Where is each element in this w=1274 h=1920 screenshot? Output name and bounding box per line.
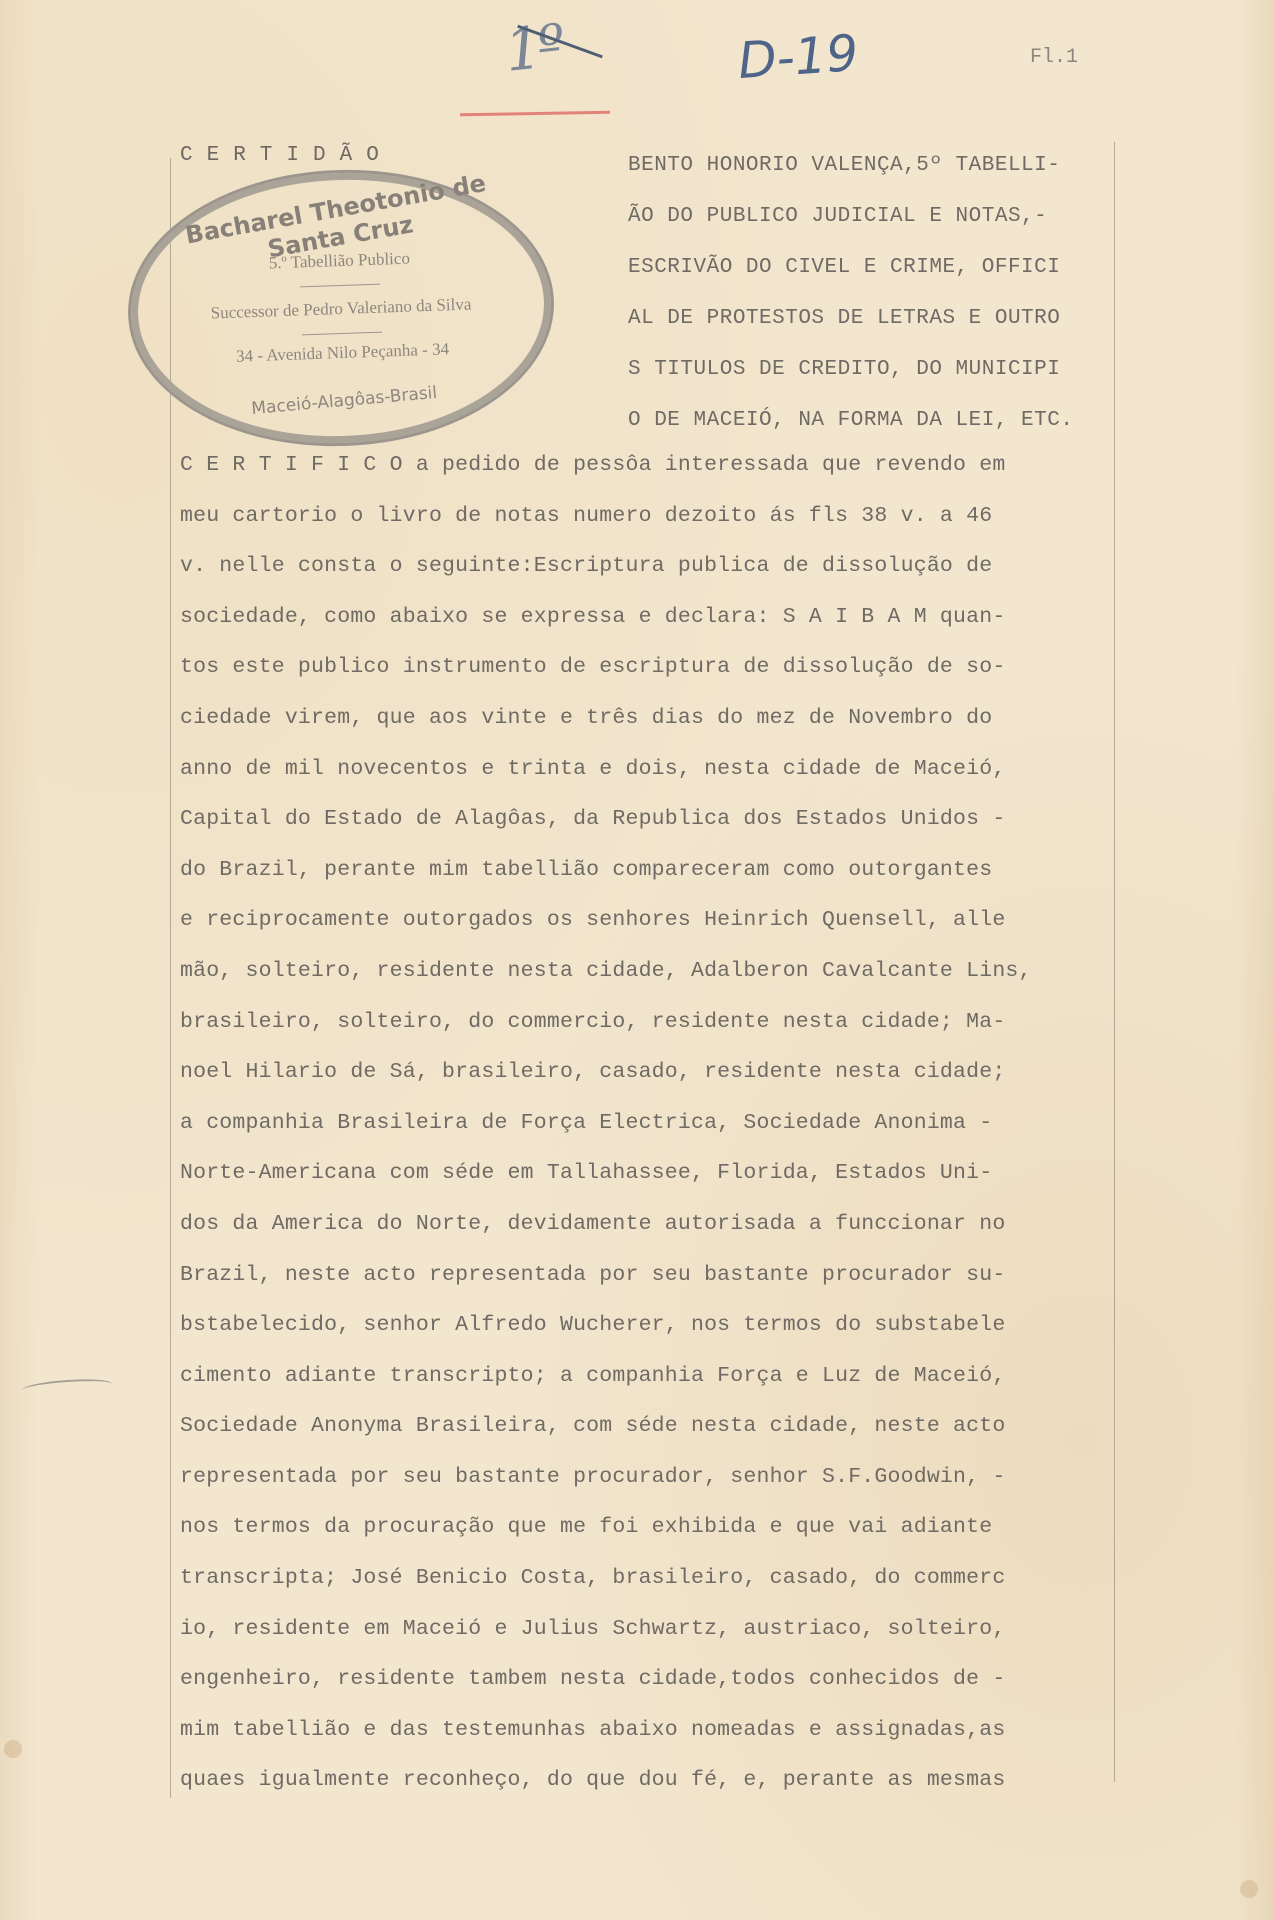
paper-stain	[1240, 1880, 1258, 1898]
stamp-successor: Successor de Pedro Valeriano da Silva	[131, 292, 551, 327]
body-line: engenheiro, residente tambem nesta cidad…	[180, 1654, 1115, 1705]
body-line: v. nelle consta o seguinte:Escriptura pu…	[180, 541, 1115, 592]
stamp-address: 34 - Avenida Nilo Peçanha - 34	[132, 336, 552, 371]
archive-code: D-19	[736, 24, 860, 90]
red-pencil-underline	[460, 111, 610, 117]
notary-heading-block: BENTO HONORIO VALENÇA,5º TABELLI- ÃO DO …	[628, 140, 1114, 446]
body-line: Brazil, neste acto representada por seu …	[180, 1250, 1115, 1301]
body-line: dos da America do Norte, devidamente aut…	[180, 1199, 1115, 1250]
pencil-page-number: 1º	[502, 11, 565, 85]
body-line: Norte-Americana com séde em Tallahassee,…	[180, 1148, 1115, 1199]
body-line: a companhia Brasileira de Força Electric…	[180, 1098, 1115, 1149]
body-line: nos termos da procuração que me foi exhi…	[180, 1502, 1115, 1553]
notary-line: AL DE PROTESTOS DE LETRAS E OUTRO	[628, 293, 1114, 344]
body-line: anno de mil novecentos e trinta e dois, …	[180, 744, 1115, 795]
stamp-city: Maceió-Alagôas-Brasil	[134, 373, 554, 430]
body-line: meu cartorio o livro de notas numero dez…	[180, 491, 1115, 542]
document-page: 1º D-19 Fl.1 CERTIDÃO Bacharel Theotonio…	[0, 0, 1274, 1920]
notary-line: BENTO HONORIO VALENÇA,5º TABELLI-	[628, 140, 1114, 191]
notary-stamp: Bacharel Theotonio de Santa Cruz 5.º Tab…	[123, 163, 558, 454]
body-line: mim tabellião e das testemunhas abaixo n…	[180, 1705, 1115, 1756]
notary-line: ESCRIVÃO DO CIVEL E CRIME, OFFICI	[628, 242, 1114, 293]
body-line: noel Hilario de Sá, brasileiro, casado, …	[180, 1047, 1115, 1098]
body-line: ciedade virem, que aos vinte e três dias…	[180, 693, 1115, 744]
body-line: tos este publico instrumento de escriptu…	[180, 642, 1115, 693]
body-line: do Brazil, perante mim tabellião compare…	[180, 845, 1115, 896]
body-line: C E R T I F I C O a pedido de pessôa int…	[180, 440, 1115, 491]
ink-smudge	[22, 1377, 113, 1397]
document-title: CERTIDÃO	[180, 144, 393, 167]
body-line: e reciprocamente outorgados os senhores …	[180, 895, 1115, 946]
certificate-body: C E R T I F I C O a pedido de pessôa int…	[180, 440, 1115, 1806]
body-line: transcripta; José Benicio Costa, brasile…	[180, 1553, 1115, 1604]
body-line: Capital do Estado de Alagôas, da Republi…	[180, 794, 1115, 845]
left-margin-line	[170, 158, 171, 1798]
body-line: quaes igualmente reconheço, do que dou f…	[180, 1755, 1115, 1806]
body-line: representada por seu bastante procurador…	[180, 1452, 1115, 1503]
paper-stain	[4, 1740, 22, 1758]
body-line: bstabelecido, senhor Alfredo Wucherer, n…	[180, 1300, 1115, 1351]
body-line: brasileiro, solteiro, do commercio, resi…	[180, 997, 1115, 1048]
body-line: cimento adiante transcripto; a companhia…	[180, 1351, 1115, 1402]
body-line: sociedade, como abaixo se expressa e dec…	[180, 592, 1115, 643]
body-line: Sociedade Anonyma Brasileira, com séde n…	[180, 1401, 1115, 1452]
stamp-divider	[300, 284, 380, 288]
stamp-divider	[302, 332, 382, 336]
folio-number: Fl.1	[1030, 46, 1078, 69]
body-line: io, residente em Maceió e Julius Schwart…	[180, 1604, 1115, 1655]
notary-line: ÃO DO PUBLICO JUDICIAL E NOTAS,-	[628, 191, 1114, 242]
notary-line: O DE MACEIÓ, NA FORMA DA LEI, ETC.	[628, 395, 1114, 446]
notary-line: S TITULOS DE CREDITO, DO MUNICIPI	[628, 344, 1114, 395]
body-line: mão, solteiro, residente nesta cidade, A…	[180, 946, 1115, 997]
